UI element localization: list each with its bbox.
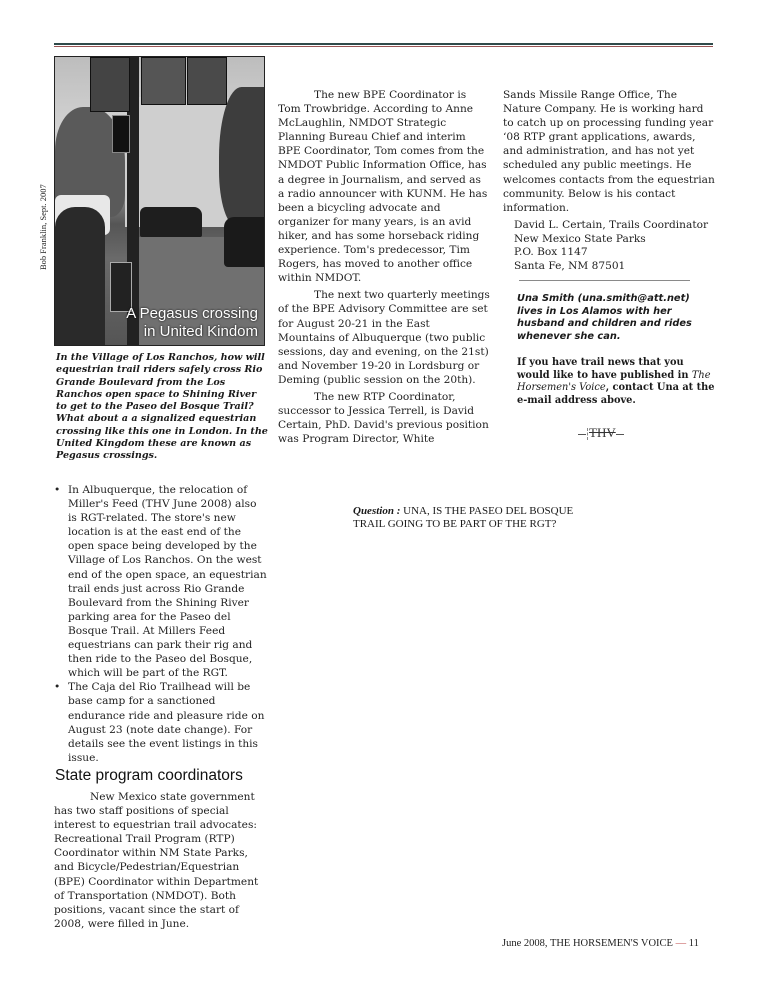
logo-bar (578, 434, 586, 435)
left-column-section: New Mexico state government has two staf… (54, 790, 268, 931)
paragraph: Sands Missile Range Office, The Nature C… (503, 88, 715, 215)
author-bio: Una Smith (una.smith@att.net) lives in L… (517, 293, 717, 343)
page-footer: June 2008, THE HORSEMEN'S VOICE — 11 (502, 938, 699, 949)
contact-address: David L. Certain, Trails Coordinator New… (503, 219, 715, 274)
header-rule-accent (54, 46, 713, 47)
submission-call: If you have trail news that you would li… (517, 357, 717, 407)
logo-bar (616, 434, 624, 435)
bullet-icon: • (54, 483, 64, 497)
paragraph: New Mexico state government has two staf… (54, 790, 268, 931)
thv-end-mark: THV (578, 425, 624, 441)
section-divider (519, 280, 690, 281)
question-block: Question : UNA, IS THE PASEO DEL BOSQUE … (353, 505, 593, 532)
photo-taxi (140, 207, 202, 237)
logo-tick (587, 428, 588, 440)
address-line: New Mexico State Parks (514, 233, 715, 247)
footer-issue: June 2008, (502, 938, 550, 949)
photo-overlay-line: A Pegasus crossing (126, 305, 258, 323)
address-line: P.O. Box 1147 (514, 246, 715, 260)
traffic-signal-icon (90, 57, 130, 112)
bullet-list: • In Albuquerque, the relocation of Mill… (54, 483, 268, 765)
photo-credit: Bob Franklin, Sept. 2007 (38, 250, 48, 270)
paragraph: The new RTP Coordinator, successor to Je… (278, 390, 490, 446)
middle-column: The new BPE Coordinator is Tom Trowbridg… (278, 88, 490, 446)
page-number: 11 (689, 938, 699, 949)
bullet-text: In Albuquerque, the relocation of Miller… (68, 484, 267, 679)
thv-logo-icon: THV (589, 425, 616, 440)
photo-overlay-text: A Pegasus crossing in United Kindom (126, 305, 258, 341)
bullet-text: The Caja del Rio Trailhead will be base … (68, 681, 264, 763)
photo-overlay-line: in United Kindom (126, 323, 258, 341)
horse-rider-sign-icon (112, 115, 130, 153)
footer-publication: THE HORSEMEN'S VOICE (550, 938, 673, 949)
traffic-signal-icon (187, 57, 227, 105)
cta-text: If you have trail news that you would li… (517, 357, 692, 381)
bullet-item: • The Caja del Rio Trailhead will be bas… (54, 680, 268, 765)
paragraph: The new BPE Coordinator is Tom Trowbridg… (278, 88, 490, 285)
question-label: Question : (353, 505, 400, 517)
photo-car (224, 217, 264, 267)
bullet-item: • In Albuquerque, the relocation of Mill… (54, 483, 268, 680)
footer-separator: — (673, 938, 689, 949)
paragraph: The next two quarterly meetings of the B… (278, 288, 490, 387)
header-rule (54, 43, 713, 45)
pegasus-crossing-photo: A Pegasus crossing in United Kindom (54, 56, 265, 346)
photo-person (55, 207, 105, 346)
bullet-icon: • (54, 680, 64, 694)
address-line: Santa Fe, NM 87501 (514, 260, 715, 274)
photo-tree (219, 87, 264, 227)
photo-caption: In the Village of Los Ranchos, how will … (56, 352, 268, 463)
left-column: • In Albuquerque, the relocation of Mill… (54, 483, 268, 765)
traffic-signal-icon (141, 57, 186, 105)
address-line: David L. Certain, Trails Coordinator (514, 219, 715, 233)
section-heading: State program coordinators (55, 767, 243, 785)
right-column: Sands Missile Range Office, The Nature C… (503, 88, 715, 274)
